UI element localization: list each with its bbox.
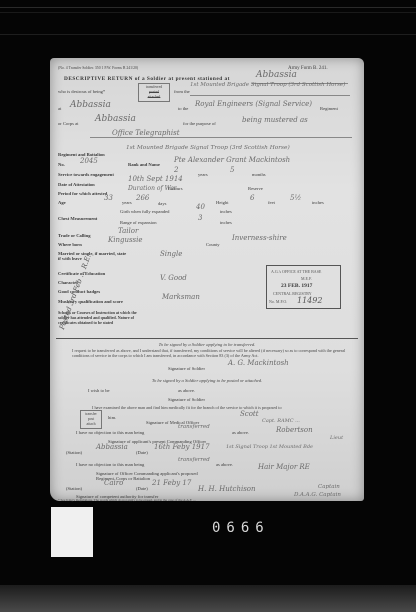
attestation-value: 10th Sept 1914 [128,175,183,183]
scanline [0,34,416,35]
date-2-value: 21 Feby 17 [152,479,191,487]
purpose-value: being mustered as [242,116,308,124]
age-label: Age [58,200,66,205]
transfer-type-box: transferred posted attached [138,83,170,102]
form-header-note: (No. 4 Transfer Soldier. 350 1 P.W. Form… [58,66,138,70]
girth-value: 40 [196,203,205,211]
corps-at-value: Abbassia [95,114,136,124]
character-value: V. Good [160,274,187,282]
posted-sig-label: Signature of Soldier [168,397,205,402]
stamp-date: 23 FEB. 1917 [281,283,312,289]
married-label: Married or single, if married, state if … [58,251,130,261]
station-1-label: (Station) [66,450,82,455]
county-value: Inverness-shire [232,234,287,242]
co-signature: Robertson [276,426,313,434]
purpose-continued: Office Telegraphist [112,129,180,137]
desirous-label: who is desirous of being* [58,89,105,94]
date-1-value: 16th Feby 1917 [154,443,210,451]
at-label: at [58,106,61,111]
medical-option-attach: attach [82,422,100,427]
height-label: Height [216,200,229,205]
posted-as-above: as above. [178,388,195,393]
expansion-value: 3 [198,214,202,222]
stamp-ref-label: No. M.F.O. [269,299,287,304]
date-2-label: (Date) [136,486,148,491]
expansion-inches-label: inches [220,220,232,225]
trade-label: Trade or Calling [58,233,91,238]
married-value: Single [160,250,182,258]
oc-signature: Hair Major RE [258,463,310,471]
date-1-label: (Date) [136,450,148,455]
colours-label: Colours [168,186,183,191]
regiment-suffix: Regiment [320,106,338,111]
rule [90,137,352,138]
reserve-label: Reserve [248,186,263,191]
station-2-value: Cairo [104,479,123,487]
service-years-value: 2 [174,166,178,174]
transfer-signature: A. G. Mackintosh [228,359,289,367]
years-label: years [198,172,208,177]
registry-stamp: A.G.'s OFFICE AT THE BASE M.E.F. 23 FEB.… [266,265,341,309]
period-label: Period for which attested [58,191,107,196]
born-value: Kingussie [108,236,143,244]
from-the-label: from the [174,89,190,94]
transfer-sig-label: Signature of Soldier [168,366,205,371]
stamp-line2: M.E.F. [301,276,312,281]
scanline [0,12,416,13]
attestation-label: Date of Attestation [58,182,95,187]
footnote: * See King's Regulations. The words whic… [58,498,196,502]
authority-signature: H. H. Hutchison [198,485,256,493]
posted-heading: To be signed by a Soldier applying to be… [50,378,364,383]
days-label: days [158,201,166,206]
musketry-value: Marksman [162,293,200,301]
chest-label: Chest Measurement [58,216,97,221]
rule [190,95,350,96]
medical-him: him. [108,415,116,420]
no-objection-2-value: transferred [178,457,210,463]
inches-label: inches [312,200,324,205]
stationed-at-value: Abbassia [256,70,297,80]
rank-name-value: Pte Alexander Grant Mackintosh [174,156,290,164]
service-months-value: 5 [230,166,234,174]
girth-label: Girth when fully expanded [120,209,169,214]
regiment-value: 1st Mounted Brigade Signal Troop (3rd Sc… [126,145,290,151]
authority-rank: Captain [318,484,340,490]
scanline [0,7,416,8]
to-the-label: to the [178,106,188,111]
film-target-box [51,507,93,557]
born-label: Where born [58,242,82,247]
station-1-value: Abbassia [96,443,128,451]
army-form-b241-page: (No. 4 Transfer Soldier. 350 1 P.W. Form… [50,58,364,501]
transfer-text: I request to be transferred as above, an… [72,348,354,358]
service-label: Service towards engagement [58,172,114,177]
county-label: County [206,242,220,247]
stamp-ref: 11492 [297,296,322,305]
medical-rank: Capt. RAMC ... [262,418,300,424]
to-unit-value: Royal Engineers (Signal Service) [195,100,312,108]
from-unit-value: 1st Mounted Brigade Signal Troop (3rd Sc… [190,82,345,88]
corps-at-label: or Corps at [58,121,78,126]
feet-label: feet [268,200,275,205]
age-days-value: 266 [136,194,149,202]
frame-number: 0666 [212,520,270,536]
section-divider [56,338,358,339]
station-2-label: (Station) [66,486,82,491]
medical-text: I have examined the above man and find h… [92,405,354,410]
no-value: 2045 [80,157,98,165]
rank-name-label: Rank and Name [128,162,160,167]
no-objection-1-text: I have no objection to this man being [76,430,144,435]
no-objection-1-as-above: as above. [232,430,249,435]
trade-value: Tailor [118,227,138,235]
months-label: months [252,172,266,177]
posted-wish-label: I wish to be [88,388,110,393]
co-rank: Lieut [330,435,343,441]
no-objection-1-value: transferred [178,424,210,430]
stamp-line1: A.G.'s OFFICE AT THE BASE [271,269,321,274]
age-years-label: years [122,200,132,205]
expansion-label: Range of expansion [120,220,157,225]
authority-rank-2: D.A.A.G. Captain [294,492,341,498]
at-place-value: Abbassia [70,100,111,110]
height-inches-value: 5½ [290,194,301,202]
co-unit: 1st Signal Troop 1st Mounted Bde [226,444,313,450]
girth-inches-label: inches [220,209,232,214]
option-attached: attached [140,95,168,100]
no-objection-2-as-above: as above. [216,462,233,467]
medical-options-box: transfer post attach [80,410,102,429]
transfer-heading: To be signed by a Soldier applying to be… [50,342,364,347]
film-edge [0,585,416,612]
height-feet-value: 6 [250,194,254,202]
no-objection-2-text: I have no objection to this man being [76,462,144,467]
age-years-value: 33 [104,194,113,202]
medical-signature: Scott [240,410,259,418]
no-label: No. [58,162,65,167]
purpose-label: for the purpose of [183,121,216,126]
